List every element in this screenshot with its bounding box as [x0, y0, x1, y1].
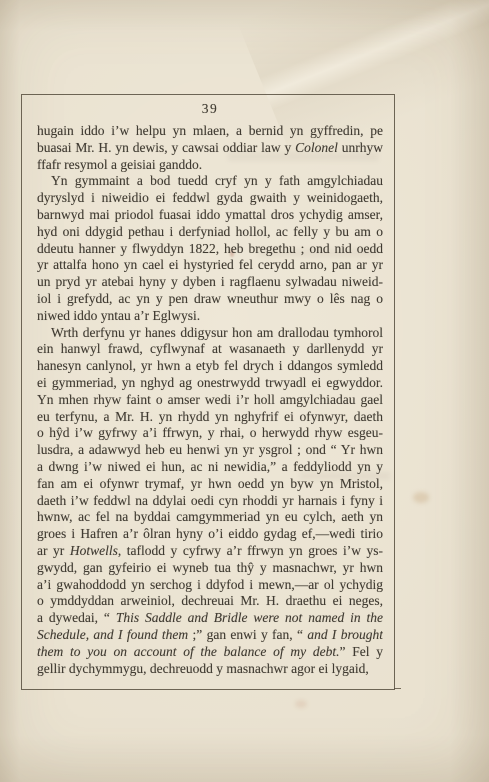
text-run: hanesyn canlynol, yr hwn a etyb fel dryc… [37, 358, 383, 373]
text-line: gellir dychymmygu, dechreuodd y masnachw… [37, 661, 383, 678]
text-line: ar yr Hotwells, taflodd y cyfrwy a’r ffr… [37, 543, 383, 560]
text-line: hyd oni ddygid pethau i derfyniad hollol… [37, 224, 383, 241]
text-run: hyd oni ddygid pethau i derfyniad hollol… [37, 224, 383, 239]
italic-text-run: them to you on account of the balance of… [37, 644, 340, 659]
page-number: 39 [37, 101, 383, 117]
text-line: gwydd, gan gyfeirio ei wyneb tua thŷ y m… [37, 560, 383, 577]
text-line: groes i Hafren a’r ôlran hyny o’i eiddo … [37, 526, 383, 543]
text-line: lusdra, a adawwyd heb eu henwi yn yr ysg… [37, 442, 383, 459]
italic-text-run: Hotwells [70, 543, 118, 558]
text-run: o hŷd i’w gyfrwy a’i ffrwyn, y rhai, o h… [37, 425, 383, 440]
text-line: them to you on account of the balance of… [37, 644, 383, 661]
text-line: iol i grefydd, ac yn y pen draw wneuthur… [37, 291, 383, 308]
text-run: ;” gan enwi y fan, “ [188, 627, 307, 642]
text-run: eu terfynu, a Mr. H. yn rhydd yn nghyfri… [37, 409, 383, 424]
italic-text-run: Colonel [295, 140, 338, 155]
text-line: yr attalfa hono yn cael ei hystyried fel… [37, 257, 383, 274]
foxing-stain [295, 700, 307, 708]
text-line: ein hanwyl frawd, cyflwynaf at wasanaeth… [37, 341, 383, 358]
text-line: ei gymmeriad, yn nghyd ag onestrwydd trw… [37, 375, 383, 392]
text-run: Yn mhen rhyw faint o amser wedi i’r holl… [37, 392, 383, 407]
text-run: hugain iddo i’w helpu yn mlaen, a bernid… [37, 123, 383, 138]
text-run: ” Fel y [340, 644, 384, 659]
text-run: fan am ei ofynwr trymaf, yr hwn oedd yn … [37, 476, 383, 491]
text-line: ddeutu hanner y flwyddyn 1822, heb brege… [37, 241, 383, 258]
text-run: gellir dychymmygu, dechreuodd y masnachw… [37, 661, 369, 676]
text-line: buasai Mr. H. yn dewis, y cawsai oddiar … [37, 140, 383, 157]
text-run: lusdra, a adawwyd heb eu henwi yn yr ysg… [37, 442, 383, 457]
text-run: a dwng i’w niwed ei hun, ac ni newidia,”… [37, 459, 383, 474]
text-line: a dywedai, “ This Saddle and Bridle were… [37, 610, 383, 627]
italic-text-run: This Saddle and Bridle were not named in… [116, 610, 383, 625]
text-line: Yn gymmaint a bod tuedd cryf yn y fath a… [37, 173, 383, 190]
text-line: fan am ei ofynwr trymaf, yr hwn oedd yn … [37, 476, 383, 493]
text-run: Yn gymmaint a bod tuedd cryf yn y fath a… [51, 173, 383, 188]
text-line: Wrth derfynu yr hanes ddigysur hon am dr… [37, 325, 383, 342]
text-line: o hŷd i’w gyfrwy a’i ffrwyn, y rhai, o h… [37, 425, 383, 442]
text-line: Yn mhen rhyw faint o amser wedi i’r holl… [37, 392, 383, 409]
text-line: o ymddyddan arweiniol, dechreuai Mr. H. … [37, 593, 383, 610]
text-run: gwydd, gan gyfeirio ei wyneb tua thŷ y m… [37, 560, 383, 575]
text-line: dyryslyd i niweidio ei feddwl gyda gwait… [37, 190, 383, 207]
text-run: o ymddyddan arweiniol, dechreuai Mr. H. … [37, 593, 383, 608]
text-run: a dywedai, “ [37, 610, 116, 625]
text-run: a’i gwahoddodd yn serchog i ddyfod i mew… [37, 577, 383, 592]
text-run: ei gymmeriad, yn nghyd ag onestrwydd trw… [37, 375, 383, 390]
text-line: hwnw, ac fel na byddai camgymmeriad yn e… [37, 509, 383, 526]
text-run: hwnw, ac fel na byddai camgymmeriad yn e… [37, 509, 383, 524]
text-line: hanesyn canlynol, yr hwn a etyb fel dryc… [37, 358, 383, 375]
text-line: hugain iddo i’w helpu yn mlaen, a bernid… [37, 123, 383, 140]
text-run: dyryslyd i niweidio ei feddwl gyda gwait… [37, 190, 383, 205]
text-line: barnwyd mai priodol fuasai iddo ymattal … [37, 207, 383, 224]
text-line: a’i gwahoddodd yn serchog i ddyfod i mew… [37, 577, 383, 594]
text-run: iol i grefydd, ac yn y pen draw wneuthur… [37, 291, 383, 306]
text-line: eu terfynu, a Mr. H. yn rhydd yn nghyfri… [37, 409, 383, 426]
text-line: Schedule, and I found them ;” gan enwi y… [37, 627, 383, 644]
text-run: daeth i’w feddwl na ddylai oedi cyn rhod… [37, 493, 383, 508]
book-page: 39 hugain iddo i’w helpu yn mlaen, a ber… [0, 0, 489, 782]
text-run: yr attalfa hono yn cael ei hystyried fel… [37, 257, 383, 272]
text-line: ffafr resymol a geisiai ganddo. [37, 157, 383, 174]
text-run: barnwyd mai priodol fuasai iddo ymattal … [37, 207, 383, 222]
text-run: groes i Hafren a’r ôlran hyny o’i eiddo … [37, 526, 383, 541]
text-line: daeth i’w feddwl na ddylai oedi cyn rhod… [37, 493, 383, 510]
text-run: , taflodd y cyfrwy a’r ffrwyn yn groes i… [118, 543, 383, 558]
text-run: ein hanwyl frawd, cyflwynaf at wasanaeth… [37, 341, 383, 356]
text-line: a dwng i’w niwed ei hun, ac ni newidia,”… [37, 459, 383, 476]
text-run: niwed iddo yntau a’r Eglwysi. [37, 308, 200, 323]
italic-text-run: and I brought [307, 627, 383, 642]
text-run: ddeutu hanner y flwyddyn 1822, heb brege… [37, 241, 383, 256]
text-line: niwed iddo yntau a’r Eglwysi. [37, 308, 383, 325]
text-run: un pryd yr atebai hyny y dyben i ragflae… [37, 274, 383, 289]
italic-text-run: Schedule, and I found them [37, 627, 188, 642]
foxing-stain [413, 492, 429, 503]
text-run: ffafr resymol a geisiai ganddo. [37, 157, 202, 172]
page-border-overhang [394, 688, 401, 689]
text-line: un pryd yr atebai hyny y dyben i ragflae… [37, 274, 383, 291]
text-block: hugain iddo i’w helpu yn mlaen, a bernid… [37, 123, 383, 677]
text-run: buasai Mr. H. yn dewis, y cawsai oddiar … [37, 140, 295, 155]
text-run: Wrth derfynu yr hanes ddigysur hon am dr… [51, 325, 383, 340]
text-run: ar yr [37, 543, 70, 558]
text-run: unrhyw [338, 140, 383, 155]
